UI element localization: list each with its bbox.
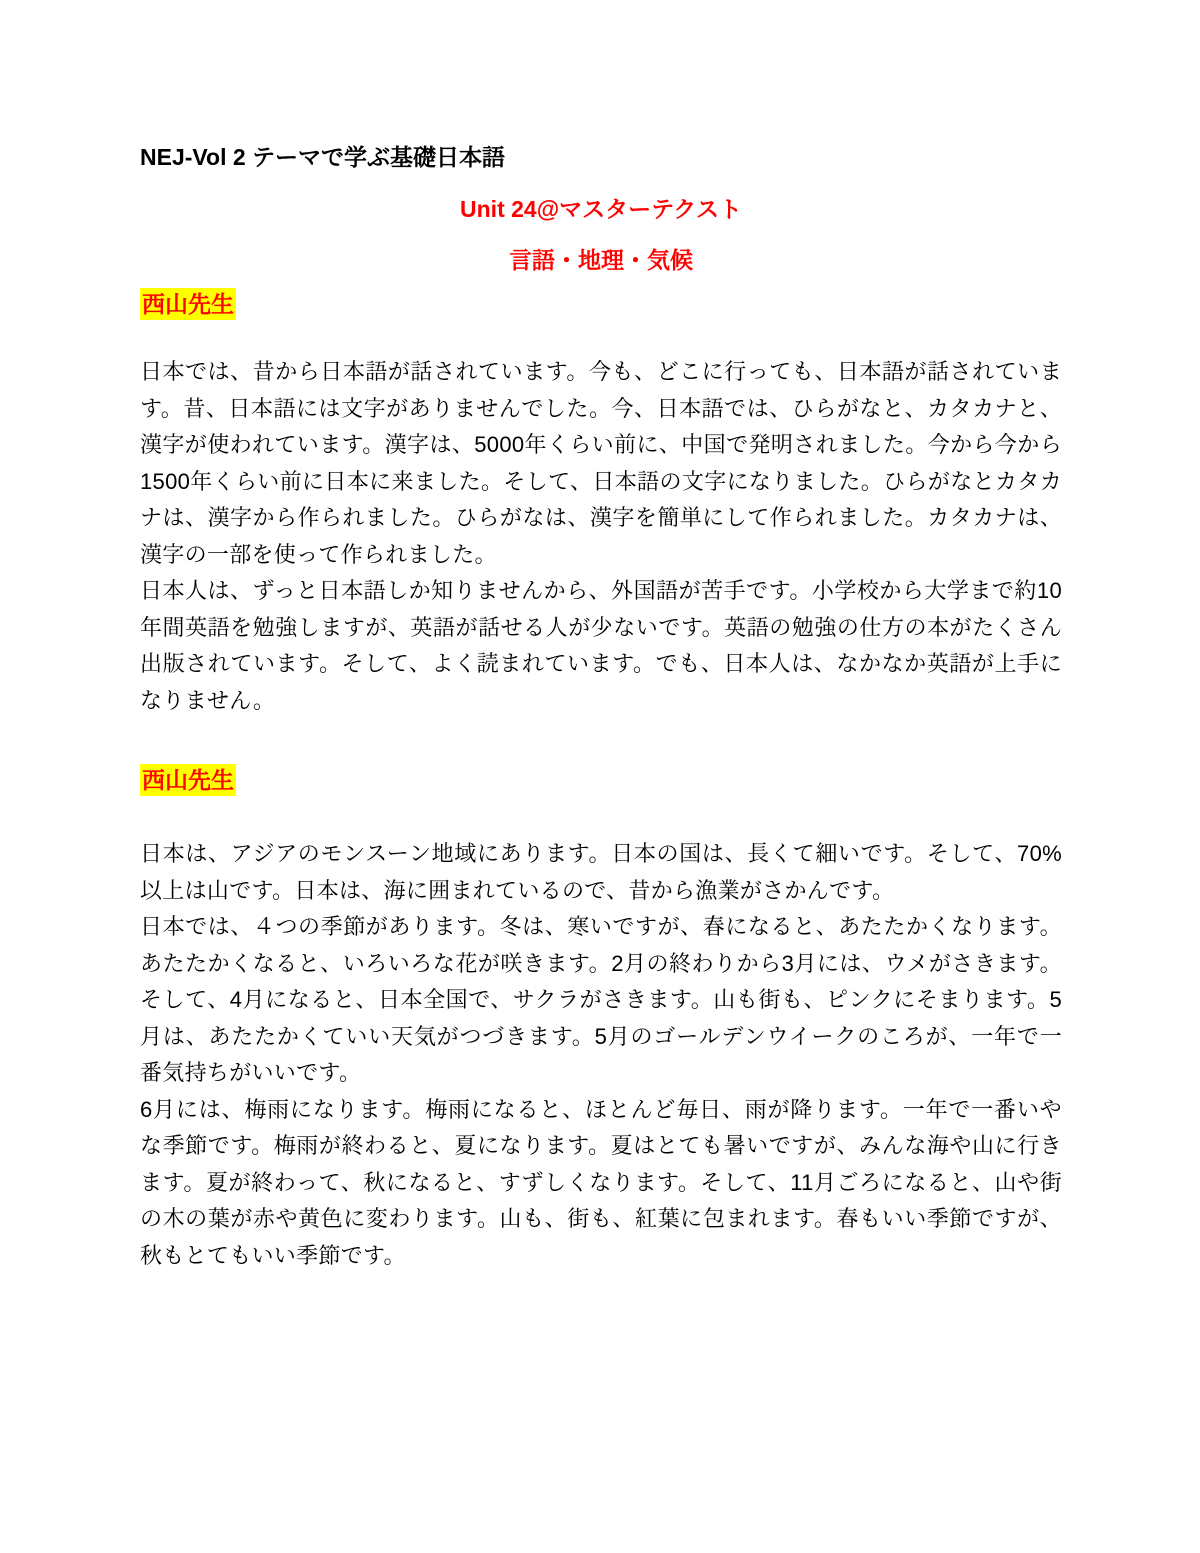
document-page: NEJ-Vol 2 テーマで学ぶ基礎日本語 Unit 24@マスターテクスト 言… — [0, 0, 1200, 1553]
section-1-paragraph-1: 日本では、昔から日本語が話されています。今も、どこに行っても、日本語が話されてい… — [140, 354, 1062, 573]
document-title: NEJ-Vol 2 テーマで学ぶ基礎日本語 — [140, 139, 1062, 175]
speaker-line-2: 西山先生 — [140, 762, 1062, 798]
speaker-label-1: 西山先生 — [140, 288, 236, 320]
topic-heading: 言語・地理・気候 — [140, 242, 1062, 278]
section-2-paragraph-2: 日本では、４つの季節があります。冬は、寒いですが、春になると、あたたかくなります… — [140, 909, 1062, 1092]
unit-heading: Unit 24@マスターテクスト — [140, 191, 1062, 227]
speaker-line-1: 西山先生 — [140, 286, 1062, 322]
speaker-label-2: 西山先生 — [140, 764, 236, 796]
section-2-paragraph-3: 6月には、梅雨になります。梅雨になると、ほとんど毎日、雨が降ります。一年で一番い… — [140, 1092, 1062, 1275]
section-1-paragraph-2: 日本人は、ずっと日本語しか知りませんから、外国語が苦手です。小学校から大学まで約… — [140, 573, 1062, 719]
section-2-paragraph-1: 日本は、アジアのモンスーン地域にあります。日本の国は、長くて細いです。そして、7… — [140, 836, 1062, 909]
